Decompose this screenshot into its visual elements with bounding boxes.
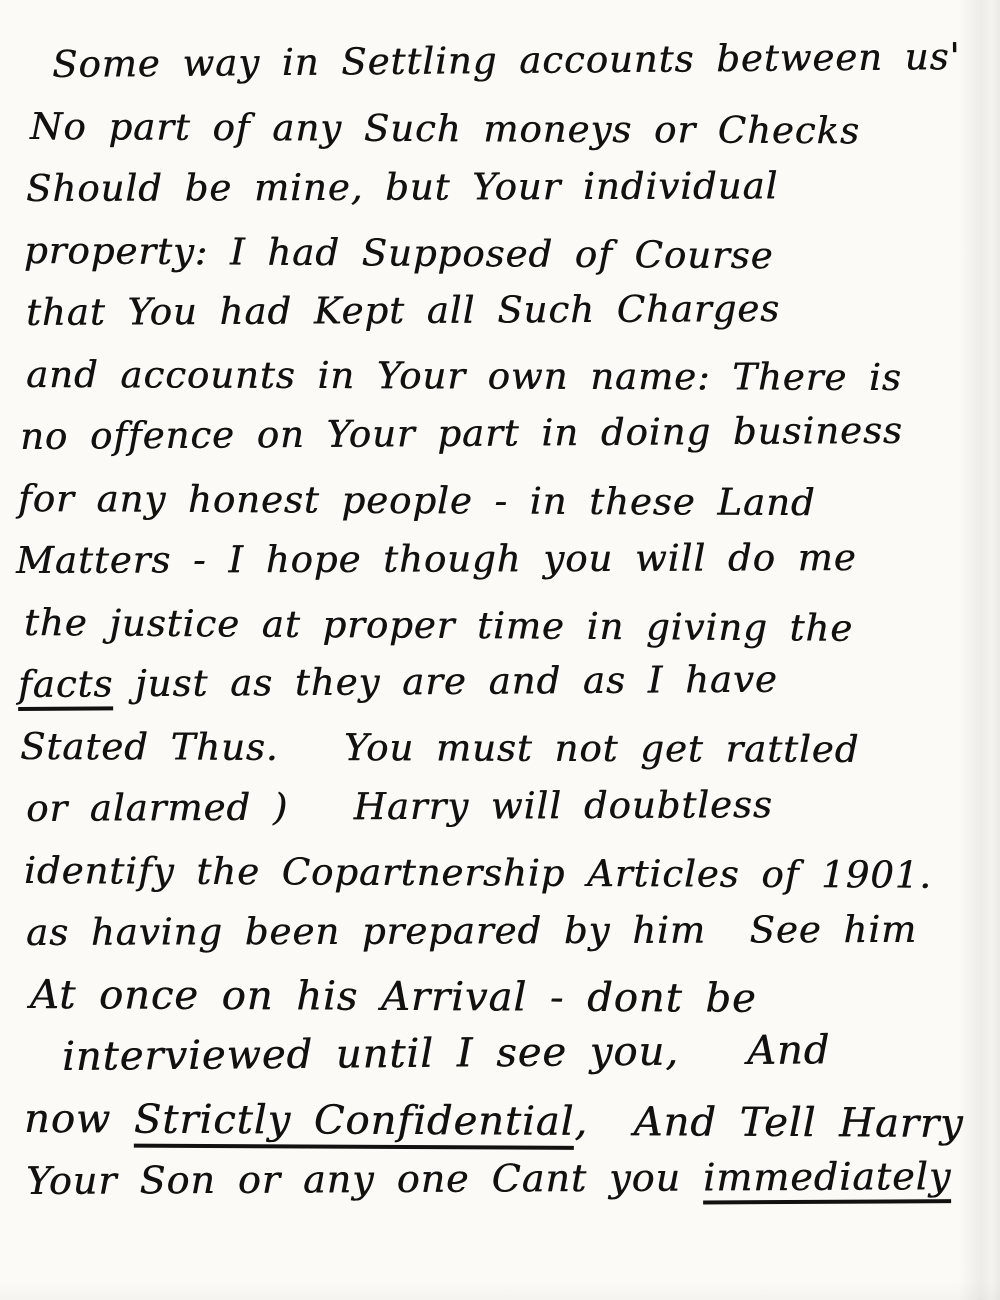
handwritten-line: Should be mine, but Your individual (26, 155, 960, 220)
line-text: for any honest people - in these Land (18, 477, 816, 524)
underlined-text: immediately (703, 1154, 951, 1204)
line-text: No part of any Such moneys or Checks (30, 105, 860, 152)
line-text: no offence on Your part in doing busines… (20, 409, 903, 458)
handwritten-line: interviewed until I see you, And (62, 1018, 961, 1088)
handwritten-line: for any honest people - in these Land (18, 468, 960, 535)
line-text: Some way in Settling accounts between us… (52, 35, 961, 86)
line-text: or alarmed ) Harry will doubtless (26, 783, 773, 830)
handwritten-line: no offence on Your part in doing busines… (20, 399, 960, 468)
page-right-edge-shadow (958, 0, 1000, 1300)
handwritten-line: Your Son or any one Cant you immediately (26, 1145, 960, 1212)
handwritten-line: that You had Kept all Such Charges (26, 277, 960, 344)
handwritten-line: identify the Copartnership Articles of 1… (24, 840, 960, 907)
handwritten-line: No part of any Such moneys or Checks (30, 96, 960, 163)
line-text: property: I had Supposed of Course (24, 229, 774, 277)
line-text: interviewed until I see you, And (62, 1027, 831, 1080)
handwritten-line: Matters - I hope though you will do me (16, 527, 960, 592)
underlined-text: facts (18, 662, 114, 711)
line-text: Matters - I hope though you will do me (16, 536, 857, 582)
line-text: At once on his Arrival - dont be (30, 972, 757, 1022)
line-text: , And Tell Harry (574, 1099, 963, 1147)
line-text: now (24, 1096, 134, 1143)
line-text: and accounts in Your own name: There is (26, 353, 902, 399)
handwritten-line: or alarmed ) Harry will doubtless (26, 773, 960, 840)
letter-page: Some way in Settling accounts between us… (0, 0, 1000, 1300)
line-text: that You had Kept all Such Charges (26, 287, 780, 334)
underlined-text: Strictly Confidential (134, 1097, 575, 1150)
line-text: Your Son or any one Cant you (26, 1155, 703, 1203)
letter-body: Some way in Settling accounts between us… (0, 34, 960, 1212)
handwritten-line: facts just as they are and as I have (18, 647, 960, 716)
line-text: the justice at proper time in giving the (24, 601, 853, 650)
line-text: Stated Thus. You must not get rattled (20, 725, 859, 771)
handwritten-line: Some way in Settling accounts between us… (52, 26, 961, 96)
line-text: Should be mine, but Your individual (26, 164, 778, 210)
page-bottom-edge-shadow (0, 1282, 1000, 1300)
line-text: as having been prepared by him See him (26, 908, 917, 954)
handwritten-line: as having been prepared by him See him (26, 899, 960, 964)
handwritten-line: Stated Thus. You must not get rattled (20, 716, 960, 781)
line-text: just as they are and as I have (113, 658, 778, 706)
line-text: identify the Copartnership Articles of 1… (24, 849, 932, 897)
